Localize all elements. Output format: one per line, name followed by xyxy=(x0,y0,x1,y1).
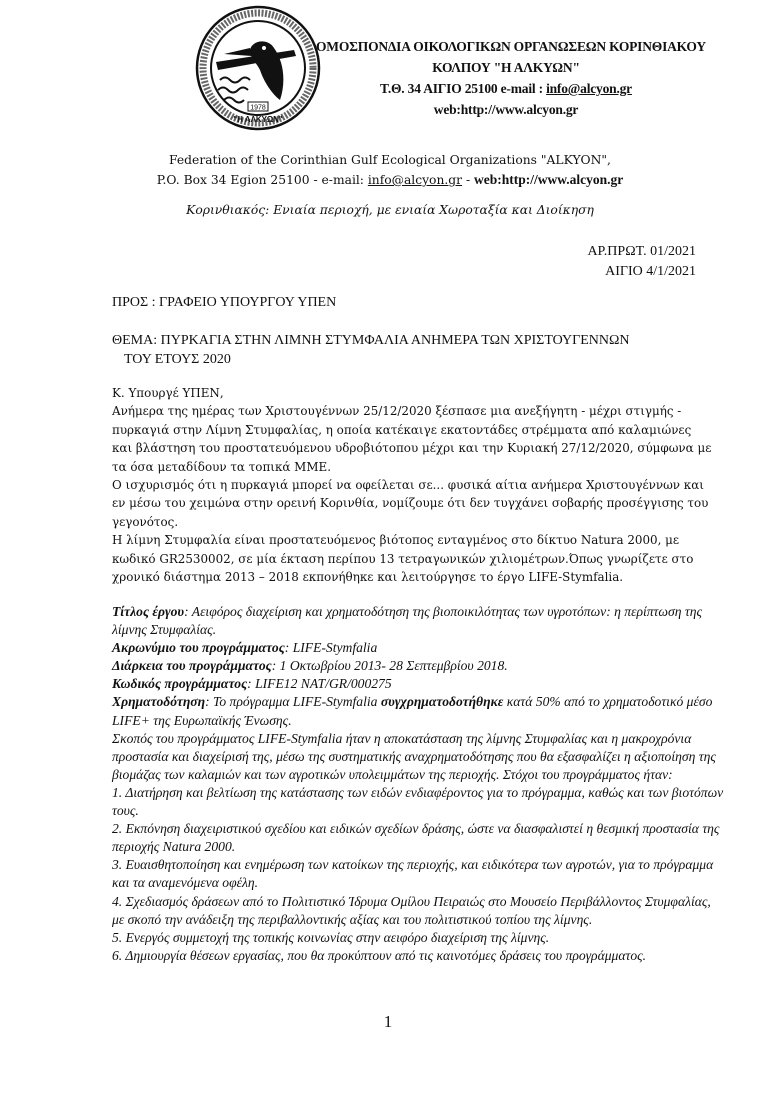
org-web-link[interactable]: web:http://www.alcyon.gr xyxy=(316,99,696,120)
project-goal: 3. Ευαισθητοποίηση και ενημέρωση των κατ… xyxy=(112,856,724,892)
org-name-line2: ΚΟΛΠΟΥ "Η ΑΛΚΥΩΝ" xyxy=(316,57,696,78)
org-address: Τ.Θ. 34 ΑΙΓΙΟ 25100 e-mail : info@alcyon… xyxy=(316,78,696,99)
place-date: ΑΙΓΙΟ 4/1/2021 xyxy=(587,262,696,282)
project-goal: 2. Εκπόνηση διαχειριστικού σχεδίου και ε… xyxy=(112,820,724,856)
federation-english-header: Federation of the Corinthian Gulf Ecolog… xyxy=(110,150,670,190)
salutation: Κ. Υπουργέ ΥΠΕΝ, xyxy=(112,384,712,402)
subject-line2: ΤΟΥ ΕΤΟΥΣ 2020 xyxy=(112,350,630,369)
project-code: Κωδικός προγράμματος: LIFE12 NAT/GR/0002… xyxy=(112,675,724,693)
paragraph: Ανήμερα της ημέρας των Χριστουγέννων 25/… xyxy=(112,402,712,476)
protocol-number: ΑΡ.ΠΡΩΤ. 01/2021 xyxy=(587,242,696,262)
project-funding: Χρηματοδότηση: Το πρόγραμμα LIFE-Stymfal… xyxy=(112,693,724,729)
page-number: 1 xyxy=(0,1012,776,1032)
project-duration: Διάρκεια του προγράμματος: 1 Οκτωβρίου 2… xyxy=(112,657,724,675)
kingfisher-emblem-icon: 1978 "Η ΑΛΚΥΩΝ" xyxy=(194,4,322,132)
project-goal: 5. Ενεργός συμμετοχή της τοπικής κοινωνί… xyxy=(112,929,724,947)
svg-text:"Η ΑΛΚΥΩΝ": "Η ΑΛΚΥΩΝ" xyxy=(233,115,283,124)
federation-contact: P.O. Box 34 Egion 25100 - e-mail: info@a… xyxy=(110,170,670,190)
organization-letterhead: ΟΜΟΣΠΟΝΔΙΑ ΟΙΚΟΛΟΓΙΚΩΝ ΟΡΓΑΝΩΣΕΩΝ ΚΟΡΙΝΘ… xyxy=(316,36,696,120)
svg-text:1978: 1978 xyxy=(250,105,266,112)
subject-line1: ΘΕΜΑ: ΠΥΡΚΑΓΙΑ ΣΤΗΝ ΛΙΜΝΗ ΣΤΥΜΦΑΛΙΑ ΑΝΗΜ… xyxy=(112,333,630,348)
recipient: ΠΡΟΣ : ΓΡΑΦΕΙΟ ΥΠΟΥΡΓΟΥ ΥΠΕΝ xyxy=(112,295,336,311)
subject: ΘΕΜΑ: ΠΥΡΚΑΓΙΑ ΣΤΗΝ ΛΙΜΝΗ ΣΤΥΜΦΑΛΙΑ ΑΝΗΜ… xyxy=(112,331,630,369)
project-details: Τίτλος έργου: Αειφόρος διαχείριση και χρ… xyxy=(112,603,724,965)
project-acronym: Ακρωνύμιο του προγράμματος: LIFE-Stymfal… xyxy=(112,639,724,657)
org-email-link[interactable]: info@alcyon.gr xyxy=(546,81,632,96)
project-goal: 1. Διατήρηση και βελτίωση της κατάστασης… xyxy=(112,784,724,820)
reference-block: ΑΡ.ΠΡΩΤ. 01/2021 ΑΙΓΙΟ 4/1/2021 xyxy=(587,242,696,282)
project-title: Τίτλος έργου: Αειφόρος διαχείριση και χρ… xyxy=(112,603,724,639)
federation-email-link[interactable]: info@alcyon.gr xyxy=(368,173,462,187)
paragraph: Η λίμνη Στυμφαλία είναι προστατευόμενος … xyxy=(112,531,712,586)
federation-name: Federation of the Corinthian Gulf Ecolog… xyxy=(110,150,670,170)
motto: Κορινθιακός: Ενιαία περιοχή, με ενιαία Χ… xyxy=(110,203,670,217)
paragraph: Ο ισχυρισμός ότι η πυρκαγιά μπορεί να οφ… xyxy=(112,476,712,531)
letter-body: Κ. Υπουργέ ΥΠΕΝ, Ανήμερα της ημέρας των … xyxy=(112,384,712,586)
document-page: 1978 "Η ΑΛΚΥΩΝ" ΟΜΟΣΠΟΝΔΙΑ ΟΙΚΟΛΟΓΙΚΩΝ Ο… xyxy=(0,0,776,1098)
project-goal: 4. Σχεδιασμός δράσεων από το Πολιτιστικό… xyxy=(112,893,724,929)
project-aim: Σκοπός του προγράμματος LIFE-Stymfalia ή… xyxy=(112,730,724,784)
project-goal: 6. Δημιουργία θέσεων εργασίας, που θα πρ… xyxy=(112,947,724,965)
federation-web-link[interactable]: web:http://www.alcyon.gr xyxy=(474,172,623,187)
org-name-line1: ΟΜΟΣΠΟΝΔΙΑ ΟΙΚΟΛΟΓΙΚΩΝ ΟΡΓΑΝΩΣΕΩΝ ΚΟΡΙΝΘ… xyxy=(316,36,696,57)
